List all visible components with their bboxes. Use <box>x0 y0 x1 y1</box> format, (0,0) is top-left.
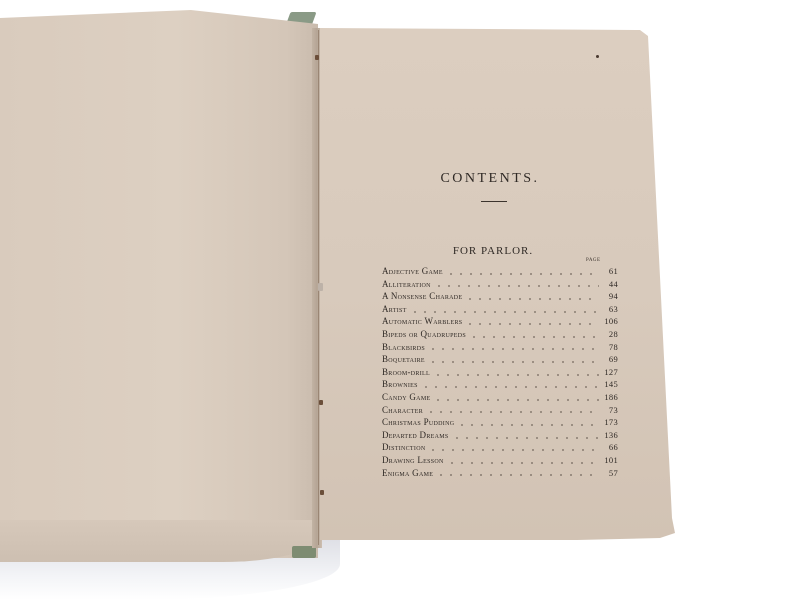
toc-entry: Drawing Lesson 101 <box>382 455 618 468</box>
toc-entry: Candy Game 186 <box>382 392 618 405</box>
left-page-curl <box>0 520 318 562</box>
toc-entry-title: Departed Dreams <box>382 430 449 440</box>
toc-entry-page: 186 <box>602 392 618 402</box>
toc-entry: Blackbirds 78 <box>382 342 618 355</box>
toc-entry-page: 28 <box>602 329 618 339</box>
toc-entry: Enigma Game 57 <box>382 468 618 481</box>
dot-leader <box>428 348 599 350</box>
dot-leader <box>447 462 599 464</box>
toc-entry-title: Broom-drill <box>382 367 430 377</box>
toc-entry-title: Character <box>382 405 423 415</box>
toc-entry-page: 101 <box>602 455 618 465</box>
dot-leader <box>426 411 599 413</box>
toc-entry-page: 61 <box>602 266 618 276</box>
toc-entry-title: Automatic Warblers <box>382 316 462 326</box>
toc-entry-title: Alliteration <box>382 279 431 289</box>
toc-entry: Christmas Pudding 173 <box>382 417 618 430</box>
toc-entry-title: Drawing Lesson <box>382 455 444 465</box>
toc-entry-page: 173 <box>602 417 618 427</box>
table-of-contents: Adjective Game 61 Alliteration 44 A Nons… <box>382 266 618 480</box>
title-rule <box>481 201 507 202</box>
dot-leader <box>421 386 599 388</box>
page-column-label: PAGE <box>586 258 601 263</box>
toc-entry-page: 57 <box>602 468 618 478</box>
dot-leader <box>433 374 599 376</box>
dot-leader <box>436 474 599 476</box>
toc-entry: Character 73 <box>382 405 618 418</box>
toc-entry: Brownies 145 <box>382 379 618 392</box>
toc-entry-title: Enigma Game <box>382 468 433 478</box>
page-speck <box>596 55 599 58</box>
toc-entry: Artist 63 <box>382 304 618 317</box>
toc-entry-title: Adjective Game <box>382 266 443 276</box>
toc-entry-page: 106 <box>602 316 618 326</box>
toc-entry-title: Artist <box>382 304 407 314</box>
toc-entry-page: 66 <box>602 442 618 452</box>
toc-entry-title: A Nonsense Charade <box>382 291 462 301</box>
toc-entry-page: 127 <box>602 367 618 377</box>
toc-entry-title: Christmas Pudding <box>382 417 454 427</box>
dot-leader <box>410 311 599 313</box>
dot-leader <box>457 424 599 426</box>
toc-entry-page: 78 <box>602 342 618 352</box>
section-heading: FOR PARLOR. <box>448 245 538 257</box>
dot-leader <box>465 323 599 325</box>
binding-thread <box>315 55 319 60</box>
page-title: CONTENTS. <box>440 171 540 187</box>
dot-leader <box>433 399 599 401</box>
toc-entry-title: Bipeds or Quadrupeds <box>382 329 466 339</box>
toc-entry: Distinction 66 <box>382 442 618 455</box>
toc-entry-page: 44 <box>602 279 618 289</box>
toc-entry-title: Candy Game <box>382 392 430 402</box>
toc-entry-title: Distinction <box>382 442 425 452</box>
dot-leader <box>428 361 599 363</box>
dot-leader <box>428 449 599 451</box>
toc-entry: Adjective Game 61 <box>382 266 618 279</box>
toc-entry-title: Boquetaire <box>382 354 425 364</box>
toc-entry-page: 145 <box>602 379 618 389</box>
toc-entry-page: 69 <box>602 354 618 364</box>
left-page-blank <box>0 10 318 558</box>
toc-entry: A Nonsense Charade 94 <box>382 291 618 304</box>
toc-entry: Broom-drill 127 <box>382 367 618 380</box>
toc-entry: Bipeds or Quadrupeds 28 <box>382 329 618 342</box>
toc-entry: Boquetaire 69 <box>382 354 618 367</box>
toc-entry: Automatic Warblers 106 <box>382 316 618 329</box>
toc-entry: Departed Dreams 136 <box>382 430 618 443</box>
dot-leader <box>434 285 599 287</box>
dot-leader <box>452 437 599 439</box>
dot-leader <box>465 298 599 300</box>
toc-entry: Alliteration 44 <box>382 279 618 292</box>
toc-entry-page: 73 <box>602 405 618 415</box>
contents-page: CONTENTS. FOR PARLOR. PAGE Adjective Gam… <box>320 28 675 540</box>
toc-entry-title: Brownies <box>382 379 418 389</box>
dot-leader <box>446 273 599 275</box>
toc-entry-title: Blackbirds <box>382 342 425 352</box>
dot-leader <box>469 336 599 338</box>
toc-entry-page: 136 <box>602 430 618 440</box>
toc-entry-page: 63 <box>602 304 618 314</box>
toc-entry-page: 94 <box>602 291 618 301</box>
